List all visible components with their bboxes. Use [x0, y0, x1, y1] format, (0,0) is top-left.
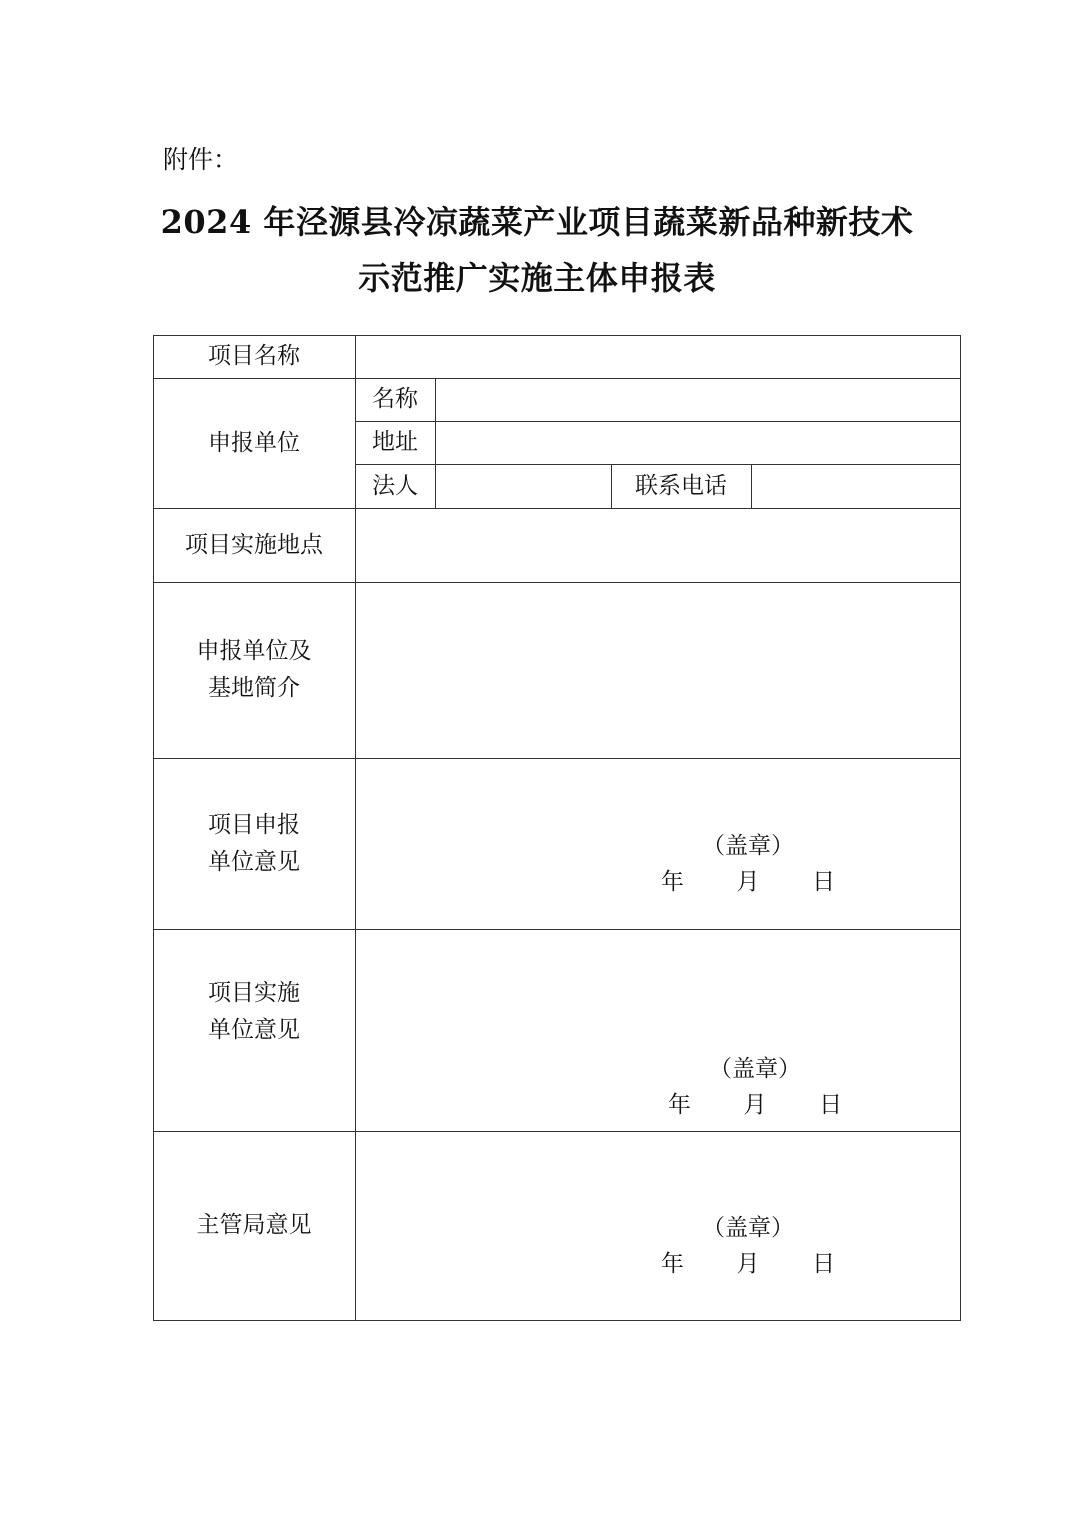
month-label: 月: [737, 864, 760, 900]
implementer-opinion-label: 项目实施 单位意见: [153, 929, 355, 1049]
document-title-line2: 示范推广实施主体申报表: [0, 253, 1074, 299]
intro-label-line1: 申报单位及: [197, 633, 312, 670]
intro-label-line2: 基地简介: [208, 670, 300, 707]
stamp-label: （盖章）: [665, 1051, 845, 1087]
year-label: 年: [668, 1087, 691, 1123]
applicant-label: 申报单位: [153, 378, 355, 508]
applicant-address-field[interactable]: [436, 422, 960, 464]
table-border-bottom: [153, 1320, 961, 1321]
stamp-label: （盖章）: [658, 828, 838, 864]
phone-field[interactable]: [752, 465, 960, 508]
intro-field[interactable]: [356, 583, 960, 758]
legal-person-field[interactable]: [436, 465, 611, 508]
implementer-opinion-field[interactable]: [356, 930, 960, 1131]
stamp-label: （盖章）: [658, 1210, 838, 1246]
authority-opinion-label: 主管局意见: [153, 1131, 355, 1320]
date-line: 年 月 日: [658, 1246, 838, 1282]
year-label: 年: [661, 864, 684, 900]
date-line: 年 月 日: [658, 864, 838, 900]
month-label: 月: [737, 1246, 760, 1282]
intro-label: 申报单位及 基地简介: [153, 582, 355, 758]
implementer-opinion-label-line1: 项目实施: [208, 975, 300, 1012]
date-line: 年 月 日: [665, 1087, 845, 1123]
day-label: 日: [812, 864, 835, 900]
applicant-name-field[interactable]: [436, 379, 960, 421]
applicant-opinion-stamp: （盖章） 年 月 日: [658, 828, 838, 900]
month-label: 月: [744, 1087, 767, 1123]
application-form-table: 项目名称 申报单位 名称 地址 法人 联系电话 项目实施地点 申报单位及 基地简…: [153, 335, 961, 1321]
implementer-opinion-stamp: （盖章） 年 月 日: [665, 1051, 845, 1123]
year-label: 年: [661, 1246, 684, 1282]
attachment-label: 附件：: [163, 140, 238, 176]
authority-opinion-stamp: （盖章） 年 月 日: [658, 1210, 838, 1282]
applicant-name-label: 名称: [355, 378, 435, 421]
project-name-field[interactable]: [356, 336, 960, 378]
phone-label: 联系电话: [611, 464, 751, 508]
day-label: 日: [819, 1087, 842, 1123]
location-field[interactable]: [356, 509, 960, 582]
applicant-opinion-label-line2: 单位意见: [208, 844, 300, 881]
table-border-right: [960, 335, 961, 1321]
applicant-opinion-label: 项目申报 单位意见: [153, 758, 355, 929]
day-label: 日: [812, 1246, 835, 1282]
document-title-line1: 2024 年泾源县冷凉蔬菜产业项目蔬菜新品种新技术: [0, 197, 1074, 243]
project-name-label: 项目名称: [153, 335, 355, 378]
legal-person-label: 法人: [355, 464, 435, 508]
location-label: 项目实施地点: [153, 508, 355, 582]
implementer-opinion-label-line2: 单位意见: [208, 1012, 300, 1049]
applicant-opinion-label-line1: 项目申报: [208, 807, 300, 844]
applicant-address-label: 地址: [355, 421, 435, 464]
